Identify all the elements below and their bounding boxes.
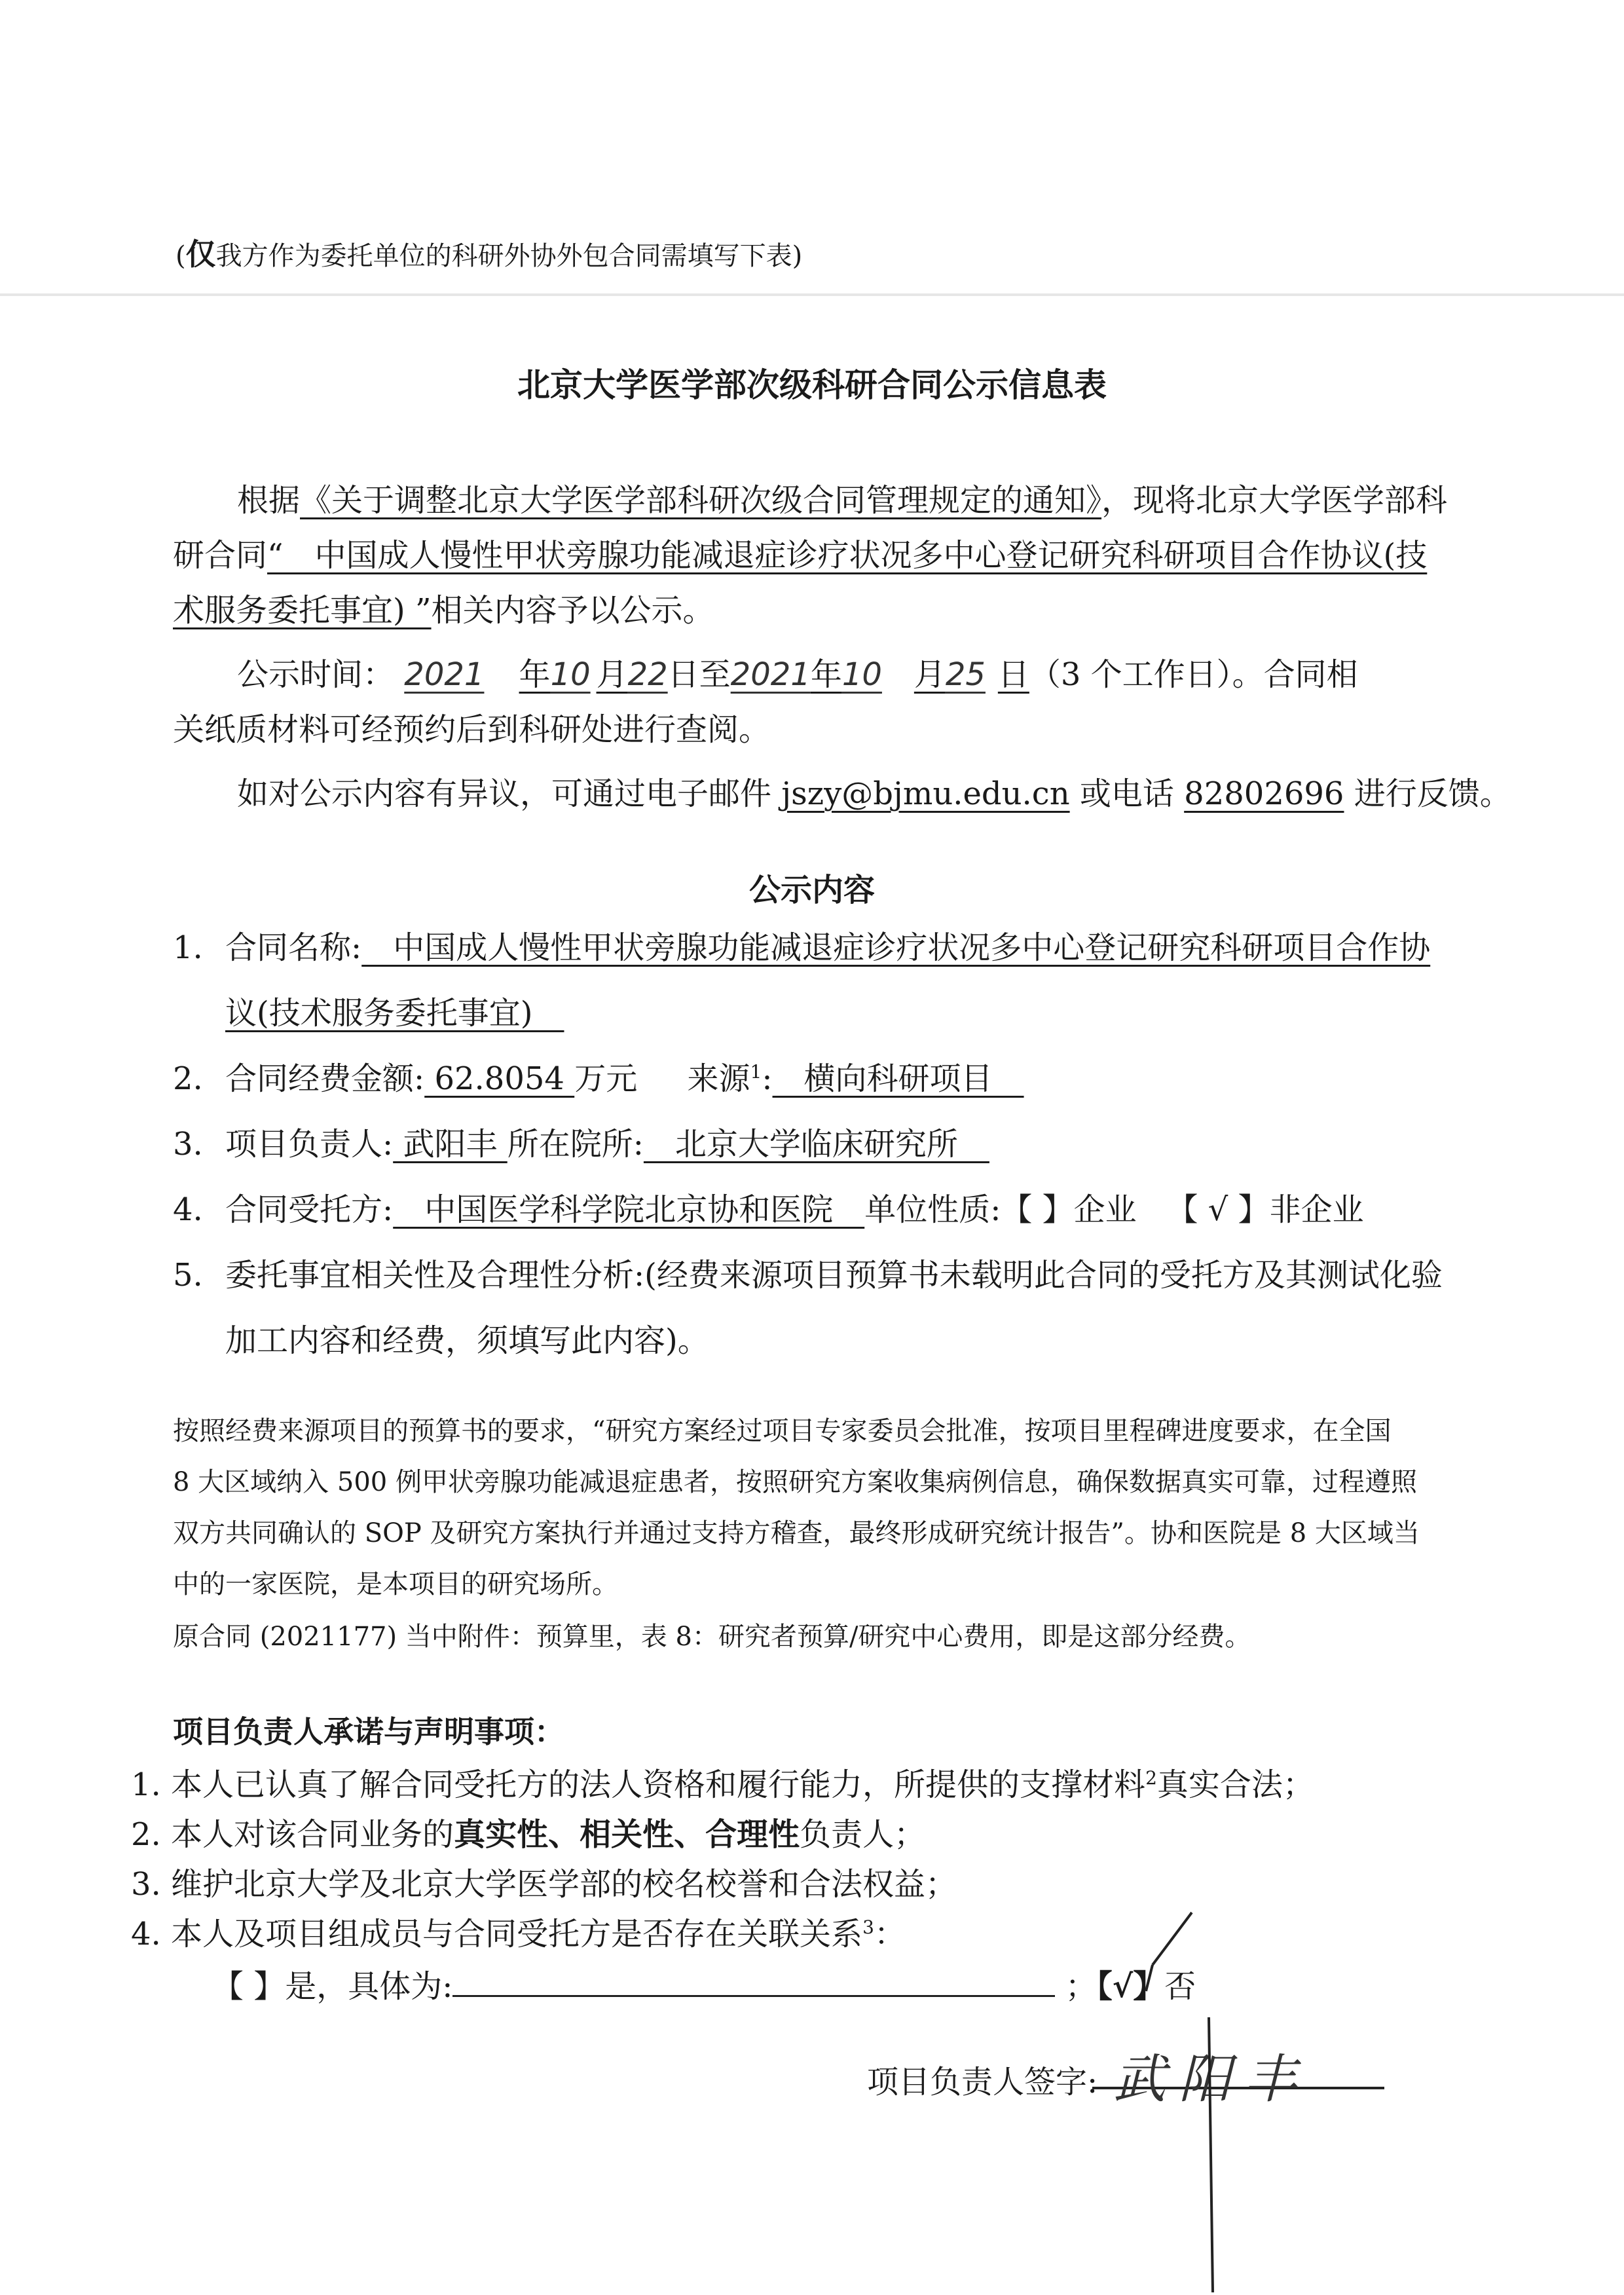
- intro-line-3: 术服务委托事宜) ”相关内容予以公示。: [173, 578, 714, 643]
- promise-item-2: 2. 本人对该合同业务的真实性、相关性、合理性负责人；: [131, 1809, 925, 1854]
- institution-value: 北京大学临床研究所: [644, 1126, 989, 1163]
- item-contract-name-line-2: 议(技术服务委托事宜): [225, 988, 564, 1033]
- end-day-field[interactable]: 25: [946, 642, 998, 707]
- pi-name-value: 武阳丰: [393, 1126, 507, 1163]
- promise-item-3: 3. 维护北京大学及北京大学医学部的校名校誉和合法权益；: [131, 1859, 957, 1904]
- contract-name-inline: “ 中国成人慢性甲状旁腺功能减退症诊疗状况多中心登记研究科研项目合作协议(技: [267, 537, 1427, 574]
- regulation-link[interactable]: 《关于调整北京大学医学部科研次级合同管理规定的通知》: [300, 482, 1101, 519]
- relation-yes-checkbox[interactable]: 【 】: [212, 1968, 285, 2005]
- signature-label: 项目负责人签字:: [867, 2057, 1098, 2102]
- page-title: 北京大学医学部次级科研合同公示信息表: [0, 359, 1624, 406]
- contractor-value: 中国医学科学院北京协和医院: [393, 1191, 864, 1228]
- analysis-line-3: 双方共同确认的 SOP 及研究方案执行并通过支持方稽查，最终形成研究统计报告”。…: [173, 1508, 1420, 1559]
- end-month-field[interactable]: 10: [842, 642, 914, 707]
- publicity-period-line-2: 关纸质材料可经预约后到科研处进行查阅。: [173, 697, 770, 762]
- analysis-line-1: 按照经费来源项目的预算书的要求，“研究方案经过项目专家委员会批准，按项目里程碑进…: [173, 1406, 1391, 1457]
- promise-item-1: 1. 本人已认真了解合同受托方的法人资格和履行能力，所提供的支撑材料2真实合法；: [131, 1759, 1314, 1804]
- analysis-line-5: 原合同 (2021177) 当中附件：预算里，表 8：研究者预算/研究中心费用，…: [173, 1611, 1251, 1662]
- item-contract-amount: 2.合同经费金额: 62.8054 万元 来源1: 横向科研项目: [173, 1053, 1024, 1098]
- usage-note-bold: 仅: [186, 236, 216, 272]
- promise-item-4: 4. 本人及项目组成员与合同受托方是否存在关联关系3：: [131, 1909, 906, 1954]
- relation-detail-field[interactable]: [452, 1965, 1055, 1997]
- analysis-line-4: 中的一家医院，是本项目的研究场所。: [173, 1559, 618, 1610]
- enterprise-checkbox[interactable]: 【 】: [1001, 1191, 1073, 1228]
- signature-stroke-icon: [1205, 2017, 1225, 2292]
- non-enterprise-checkbox[interactable]: 【 √ 】: [1166, 1191, 1269, 1228]
- relation-choice: 【 】是，具体为: ；【√】否: [212, 1961, 1196, 2006]
- contract-name-value: 中国成人慢性甲状旁腺功能减退症诊疗状况多中心登记研究科研项目合作协: [361, 929, 1430, 966]
- item-contract-name: 1.合同名称: 中国成人慢性甲状旁腺功能减退症诊疗状况多中心登记研究科研项目合作…: [173, 922, 1430, 967]
- handwritten-check-icon: [1126, 1912, 1205, 2004]
- amount-value: 62.8054: [424, 1060, 574, 1097]
- funding-source-value: 横向科研项目: [773, 1060, 1024, 1097]
- section-title: 公示内容: [0, 865, 1624, 910]
- email-link[interactable]: jszy@bjmu.edu.cn: [781, 775, 1069, 812]
- phone-number[interactable]: 82802696: [1184, 775, 1344, 812]
- item-analysis: 5.委托事宜相关性及合理性分析:(经费来源项目预算书未载明此合同的受托方及其测试…: [173, 1250, 1443, 1295]
- feedback-line: 如对公示内容有异议，可通过电子邮件 jszy@bjmu.edu.cn 或电话 8…: [237, 761, 1511, 827]
- usage-note: (仅我方作为委托单位的科研外协外包合同需填写下表): [175, 231, 802, 274]
- item-contractor: 4.合同受托方: 中国医学科学院北京协和医院 单位性质:【 】企业 【 √ 】非…: [173, 1184, 1364, 1229]
- item-project-lead: 3.项目负责人: 武阳丰 所在院所: 北京大学临床研究所: [173, 1119, 989, 1164]
- scan-edge-line: [0, 293, 1624, 296]
- promise-heading: 项目负责人承诺与声明事项：: [173, 1708, 564, 1751]
- item-analysis-line-2: 加工内容和经费，须填写此内容)。: [225, 1315, 709, 1360]
- analysis-line-2: 8 大区域纳入 500 例甲状旁腺功能减退症患者，按照研究方案收集病例信息，确保…: [173, 1457, 1417, 1508]
